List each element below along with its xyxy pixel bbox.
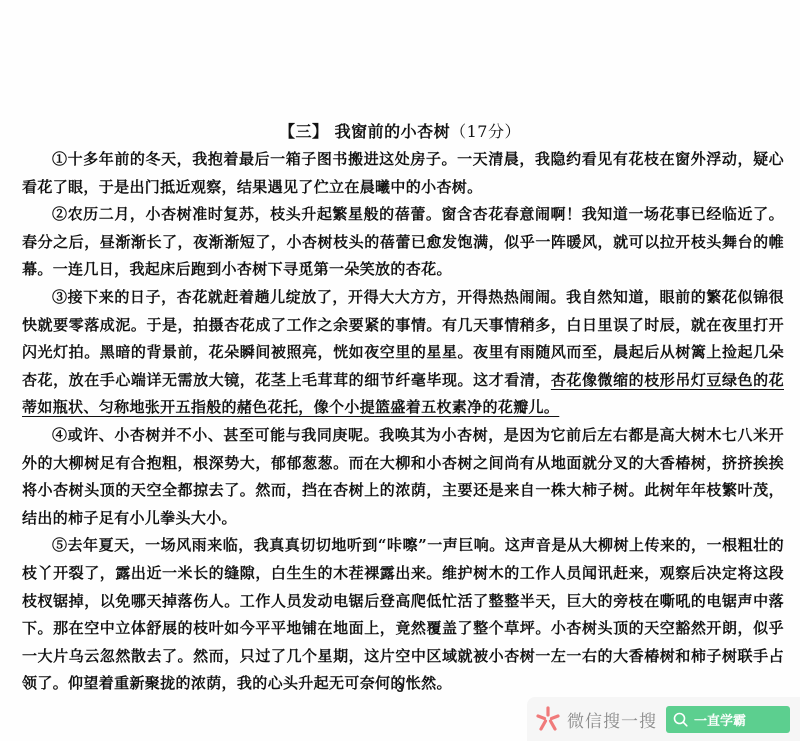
paragraph-text: 农历二月，小杏树准时复苏，枝头升起繁星般的蓓蕾。窗含杏花春意闹啊！我知道一场花事… xyxy=(22,205,784,278)
paragraph-number: ① xyxy=(52,150,68,168)
paragraph-text: 或许、小杏树并不小、甚至可能与我同庚呢。我唤其为小杏树，是因为它前后左右都是高大… xyxy=(22,426,784,527)
score-label: （17分） xyxy=(450,122,521,141)
paragraph-text: 去年夏天，一场风雨来临，我真真切切地听到“咔嚓”一声巨响。这声音是从大柳树上传来… xyxy=(22,536,784,692)
section-label: 【三】 xyxy=(279,122,329,141)
passage-body: ①十多年前的冬天，我抱着最后一箱子图书搬进这处房子。一天清晨，我隐约看见有花枝在… xyxy=(22,146,784,698)
wechat-search-label: 微信搜一搜 xyxy=(567,707,657,732)
passage-title: 【三】 我窗前的小杏树（17分） xyxy=(0,121,800,143)
paragraph-text: 十多年前的冬天，我抱着最后一箱子图书搬进这处房子。一天清晨，我隐约看见有花枝在窗… xyxy=(22,150,784,196)
paragraph-1: ①十多年前的冬天，我抱着最后一箱子图书搬进这处房子。一天清晨，我隐约看见有花枝在… xyxy=(22,146,784,201)
paragraph-5: ⑤去年夏天，一场风雨来临，我真真切切地听到“咔嚓”一声巨响。这声音是从大柳树上传… xyxy=(22,532,784,698)
title-text: 我窗前的小杏树 xyxy=(335,122,451,141)
paragraph-4: ④或许、小杏树并不小、甚至可能与我同庚呢。我唤其为小杏树，是因为它前后左右都是高… xyxy=(22,422,784,532)
paragraph-3: ③接下来的日子，杏花就赶着趟儿绽放了，开得大大方方，开得热热闹闹。我自然知道，眼… xyxy=(22,284,784,422)
paragraph-number: ④ xyxy=(52,426,68,444)
page-number: 3 xyxy=(0,680,800,695)
search-term-button[interactable]: 一直学霸 xyxy=(666,706,790,733)
magnifier-icon xyxy=(673,712,688,727)
paragraph-number: ② xyxy=(52,205,68,223)
paragraph-number: ③ xyxy=(52,288,68,306)
paragraph-number: ⑤ xyxy=(52,536,68,554)
wechat-search-icon xyxy=(535,706,561,732)
document-page: 【三】 我窗前的小杏树（17分） ①十多年前的冬天，我抱着最后一箱子图书搬进这处… xyxy=(0,0,800,741)
paragraph-2: ②农历二月，小杏树准时复苏，枝头升起繁星般的蓓蕾。窗含杏花春意闹啊！我知道一场花… xyxy=(22,201,784,284)
search-term-text: 一直学霸 xyxy=(694,710,746,729)
wechat-search-watermark[interactable]: 微信搜一搜 一直学霸 xyxy=(527,697,800,741)
